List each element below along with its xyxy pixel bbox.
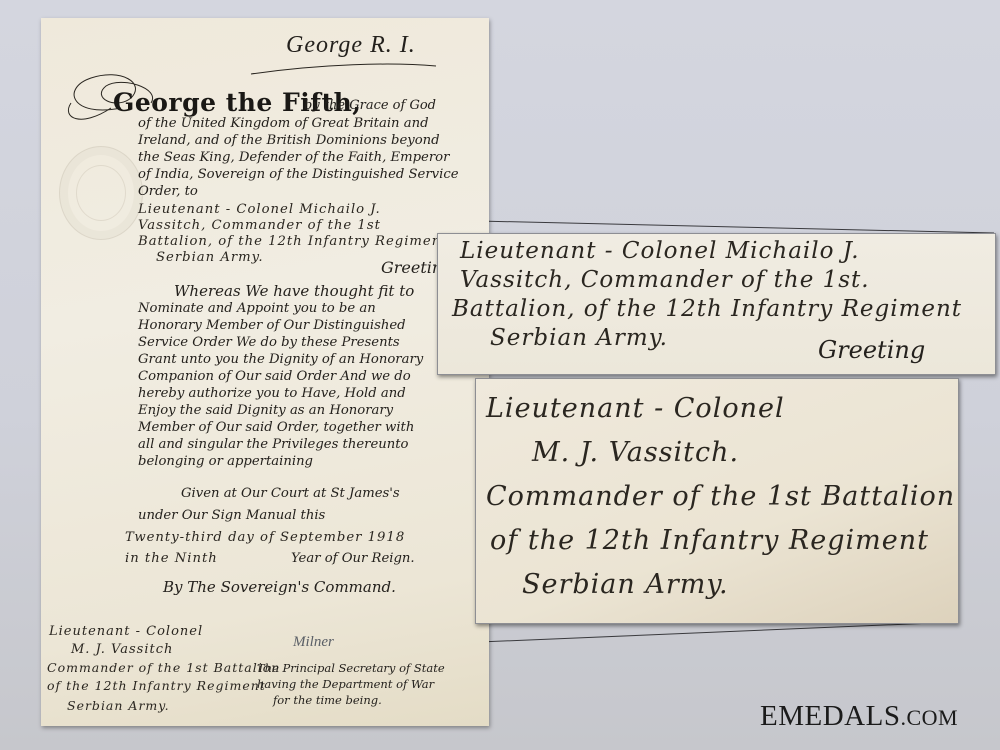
preamble-line: by the Grace of God — [304, 98, 436, 113]
inset-recipient-line: Serbian Army. — [490, 325, 668, 351]
secretary-line: for the time being. — [273, 693, 382, 707]
countersignature: Milner — [293, 634, 334, 651]
signature-underline-icon — [241, 60, 441, 80]
given-line: Year of Our Reign. — [291, 551, 415, 566]
given-line: under Our Sign Manual this — [138, 508, 325, 523]
royal-signature: George R. I. — [286, 32, 416, 59]
given-line: in the Ninth — [125, 551, 218, 566]
recipient-line: Battalion, of the 12th Infantry Regiment — [138, 234, 448, 249]
given-line: Twenty-third day of September 1918 — [125, 530, 405, 545]
recipient-line: Lieutenant - Colonel Michailo J. — [138, 202, 381, 217]
body-line: Nominate and Appoint you to be an — [138, 301, 376, 316]
body-line: Whereas We have thought fit to — [174, 282, 414, 300]
address-line: Serbian Army. — [67, 698, 170, 713]
body-line: Companion of Our said Order And we do — [138, 369, 411, 384]
preamble-line: Ireland, and of the British Dominions be… — [138, 133, 440, 148]
inset-recipient-line: Vassitch, Commander of the 1st. — [460, 267, 870, 293]
body-line: all and singular the Privileges thereunt… — [138, 437, 408, 452]
dso-warrant-document: George R. I. George the Fifth, by the Gr… — [41, 18, 489, 726]
secretary-line: having the Department of War — [257, 677, 434, 691]
inset-address-closeup: Lieutenant - Colonel M. J. Vassitch. Com… — [475, 378, 959, 624]
inset-recipient-closeup: Lieutenant - Colonel Michailo J. Vassitc… — [437, 233, 996, 375]
address-line: Commander of the 1st Battalion — [47, 660, 280, 675]
given-line: Given at Our Court at St James's — [181, 486, 400, 501]
body-line: Enjoy the said Dignity as an Honorary — [138, 403, 393, 418]
secretary-line: The Principal Secretary of State — [257, 661, 445, 675]
emedals-watermark-logo: EMEDALS.COM — [760, 700, 958, 733]
inset-recipient-line: Lieutenant - Colonel Michailo J. — [460, 238, 860, 264]
logo-brand: EMEDALS — [760, 700, 900, 732]
preamble-line: the Seas King, Defender of the Faith, Em… — [138, 150, 449, 165]
address-line: of the 12th Infantry Regiment — [47, 678, 266, 693]
body-line: hereby authorize you to Have, Hold and — [138, 386, 406, 401]
inset-address-line: M. J. Vassitch. — [532, 437, 739, 468]
address-line: Lieutenant - Colonel — [49, 624, 203, 639]
inset-address-line: Serbian Army. — [522, 569, 729, 600]
inset-recipient-line: Battalion, of the 12th Infantry Regiment — [452, 296, 962, 322]
logo-suffix: .COM — [900, 705, 958, 730]
sovereigns-command: By The Sovereign's Command. — [163, 578, 396, 596]
address-line: M. J. Vassitch — [71, 642, 173, 657]
inset-address-line: of the 12th Infantry Regiment — [490, 525, 929, 556]
recipient-line: Vassitch, Commander of the 1st — [138, 218, 381, 233]
preamble-line: of India, Sovereign of the Distinguished… — [138, 167, 459, 182]
inset-greeting: Greeting — [818, 336, 925, 364]
body-line: Grant unto you the Dignity of an Honorar… — [138, 352, 423, 367]
body-line: Service Order We do by these Presents — [138, 335, 400, 350]
inset-address-line: Lieutenant - Colonel — [486, 393, 785, 424]
recipient-line: Serbian Army. — [156, 250, 264, 265]
inset-address-line: Commander of the 1st Battalion — [486, 481, 955, 512]
embossed-seal-icon — [59, 146, 143, 240]
body-line: Member of Our said Order, together with — [138, 420, 414, 435]
body-line: Honorary Member of Our Distinguished — [138, 318, 406, 333]
preamble-line: of the United Kingdom of Great Britain a… — [138, 116, 429, 131]
body-line: belonging or appertaining — [138, 454, 313, 469]
preamble-line: Order, to — [138, 184, 198, 199]
